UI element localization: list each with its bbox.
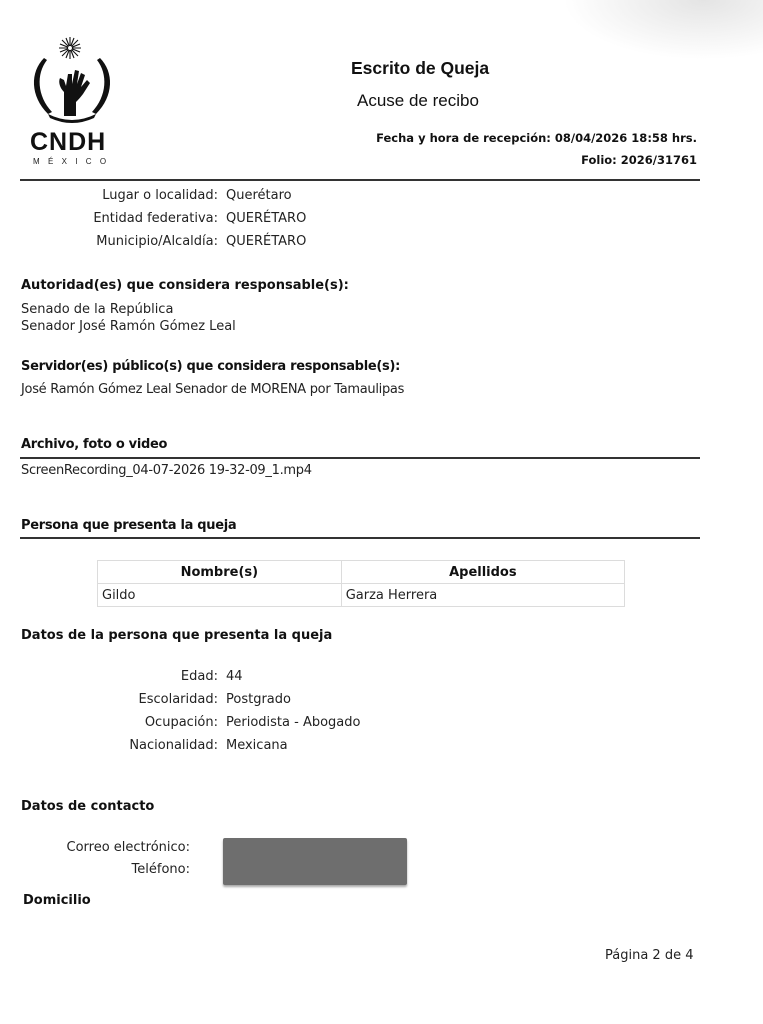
column-header: Apellidos bbox=[341, 561, 624, 584]
logo-country: MÉXICO bbox=[33, 157, 114, 166]
complainant-divider bbox=[20, 537, 700, 539]
table-cell: Garza Herrera bbox=[341, 584, 624, 607]
attachment-divider bbox=[20, 457, 700, 459]
field-value: Postgrado bbox=[226, 692, 291, 707]
complainant-table: Nombre(s) Apellidos Gildo Garza Herrera bbox=[97, 560, 625, 607]
page-number: Página 2 de 4 bbox=[605, 948, 693, 963]
complainant-heading: Persona que presenta la queja bbox=[21, 518, 236, 533]
reception-datetime: Fecha y hora de recepción: 08/04/2026 18… bbox=[376, 131, 697, 145]
table-row: Gildo Garza Herrera bbox=[98, 584, 625, 607]
field-value: QUERÉTARO bbox=[226, 211, 306, 226]
field-value: QUERÉTARO bbox=[226, 234, 306, 249]
page-shadow bbox=[563, 0, 763, 60]
authority-line: Senado de la República bbox=[21, 302, 173, 317]
table-cell: Gildo bbox=[98, 584, 342, 607]
field-value: Periodista - Abogado bbox=[226, 715, 360, 730]
table-header-row: Nombre(s) Apellidos bbox=[98, 561, 625, 584]
field-label: Nacionalidad: bbox=[129, 738, 218, 753]
authority-line: Senador José Ramón Gómez Leal bbox=[21, 319, 236, 334]
column-header: Nombre(s) bbox=[98, 561, 342, 584]
field-label: Entidad federativa: bbox=[93, 211, 218, 226]
header-divider bbox=[20, 179, 700, 181]
servants-heading: Servidor(es) público(s) que considera re… bbox=[21, 359, 400, 374]
document-title: Escrito de Queja bbox=[351, 58, 489, 79]
document-subtitle: Acuse de recibo bbox=[357, 91, 479, 111]
authorities-heading: Autoridad(es) que considera responsable(… bbox=[21, 278, 349, 293]
field-label: Municipio/Alcaldía: bbox=[96, 234, 218, 249]
personal-data-heading: Datos de la persona que presenta la quej… bbox=[21, 628, 332, 643]
contact-heading: Datos de contacto bbox=[21, 799, 154, 814]
field-value: 44 bbox=[226, 669, 243, 684]
address-heading: Domicilio bbox=[23, 893, 91, 908]
field-value: Querétaro bbox=[226, 188, 292, 203]
field-label: Correo electrónico: bbox=[67, 840, 191, 855]
servants-text: José Ramón Gómez Leal Senador de MORENA … bbox=[21, 382, 404, 397]
redaction-box bbox=[223, 838, 407, 885]
field-label: Edad: bbox=[181, 669, 218, 684]
field-label: Ocupación: bbox=[145, 715, 218, 730]
field-label: Lugar o localidad: bbox=[102, 188, 218, 203]
attachment-file-link[interactable]: ScreenRecording_04-07-2026 19-32-09_1.mp… bbox=[21, 463, 312, 478]
field-value: Mexicana bbox=[226, 738, 288, 753]
field-label: Escolaridad: bbox=[139, 692, 218, 707]
logo-name: CNDH bbox=[30, 128, 106, 157]
folio-number: Folio: 2026/31761 bbox=[581, 153, 697, 167]
attachment-heading: Archivo, foto o video bbox=[21, 437, 167, 452]
field-label: Teléfono: bbox=[132, 862, 190, 877]
